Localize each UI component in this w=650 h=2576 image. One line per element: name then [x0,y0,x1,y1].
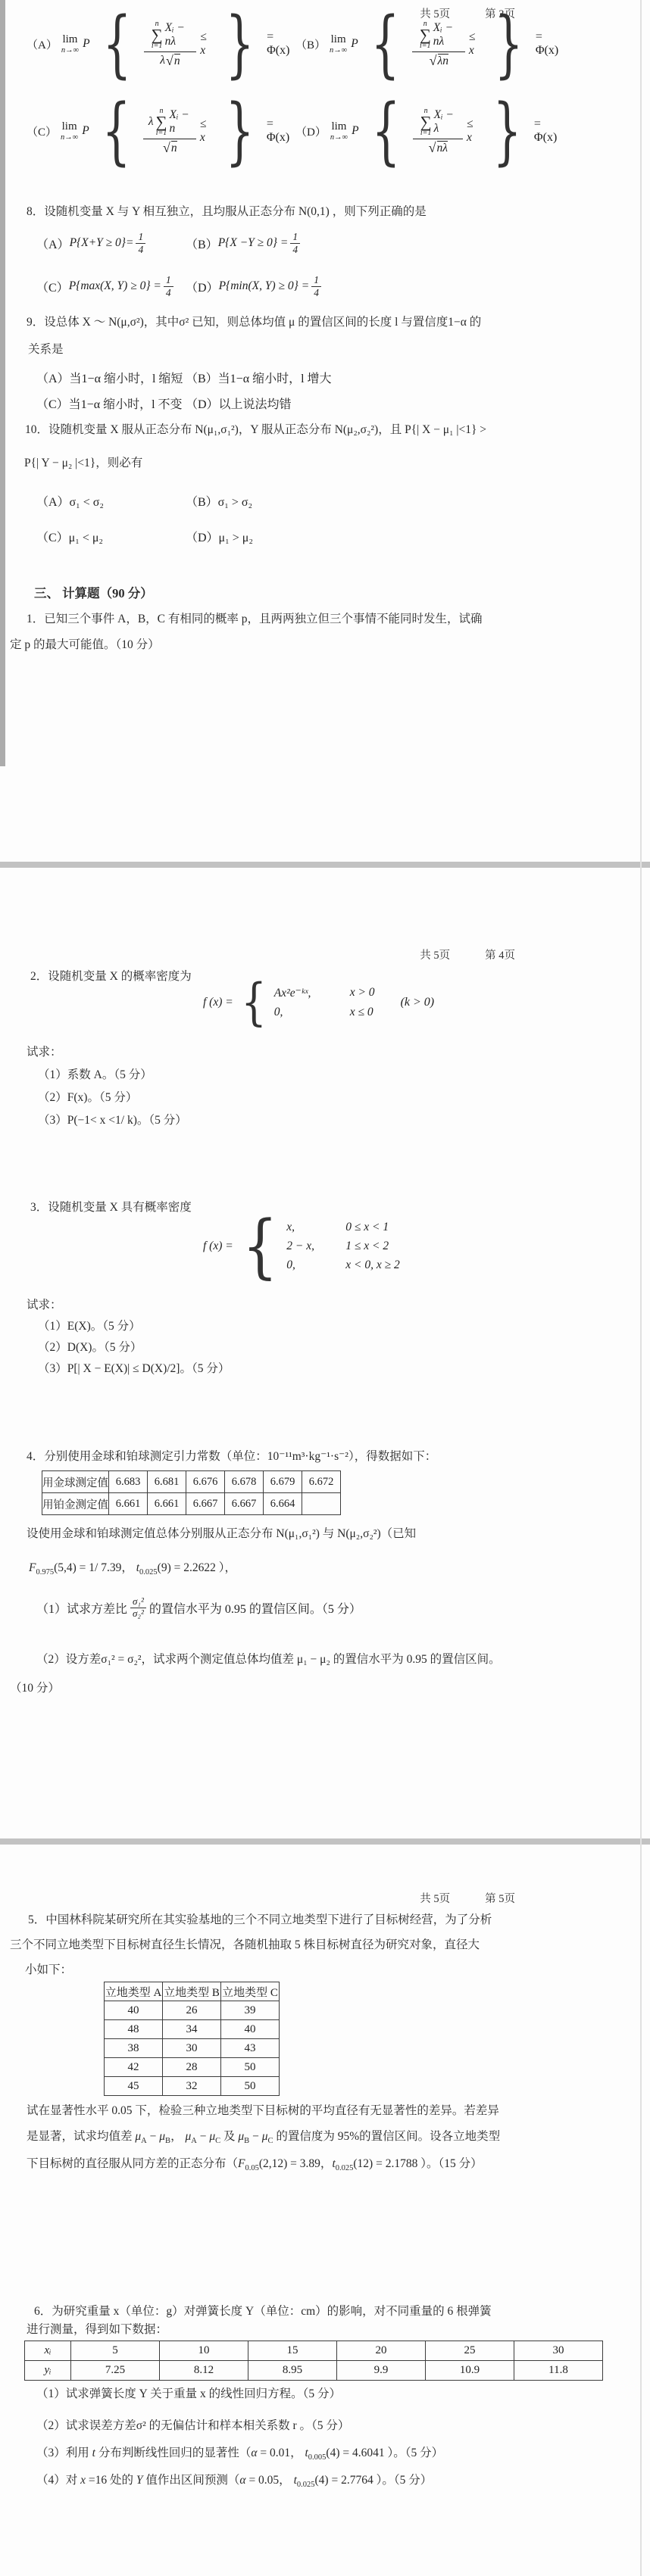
q7-options-row-2: （C） limn→∞ P { λ n∑i=1 Xᵢ − n √ n [27,108,564,155]
q2-ask: 试求： [27,1043,62,1061]
q3-part-3: （3）P[| X − E(X)| ≤ D(X)/2]。（5 分） [38,1360,230,1377]
table-row: 38 30 43 [105,2039,280,2058]
fraction: n∑i=1 Xᵢ − λ √ nλ [413,108,463,155]
page-5: 共 5页 第 5页 5．中国林科院某研究所在其实验基地的三个不同立地类型下进行了… [0,1845,650,2576]
q9-stem-line-2: 关系是 [28,341,64,358]
q7-options-row-1: （A） limn→∞ P { n∑i=1 Xᵢ − nλ λ √ n [27,20,564,68]
page-header: 共 5页 第 4页 [420,947,515,962]
fraction: 14 [311,274,321,298]
fraction: n∑i=1 Xᵢ − nλ λ √ n [144,20,197,68]
q2-piecewise-formula: f (x) = { Ax²e⁻ᵏˣ,x > 0 0,x ≤ 0 (k > 0) [203,986,434,1019]
row-label: 用铂金测定值 [42,1493,109,1515]
variance-ratio-fraction: σ₁²σ₂² [130,1596,146,1620]
q10-stem-line-1: 10．设随机变量 X 服从正态分布 N(μ₁,σ₁²)，Y 服从正态分布 N(μ… [25,421,486,438]
page-separator [0,862,650,868]
option-label: （D） [295,123,327,139]
q7-option-c: （C） limn→∞ P { λ n∑i=1 Xᵢ − n √ n [27,108,295,155]
table-row: 40 26 39 [105,2001,280,2020]
table-row: 用金球测定值 6.683 6.681 6.676 6.678 6.679 6.6… [42,1471,341,1493]
q2-stem: 2．设随机变量 X 的概率密度为 [30,968,192,985]
sqrt-sign: √ [163,141,170,154]
q9-option-d: （D）以上说法均错 [186,395,292,412]
q5-after-line-3: 下目标树的直径服从同方差的正态分布（F0.05(2,12) = 3.89，t0.… [27,2155,483,2172]
q8-option-b: （B）P{X −Y ≥ 0} = 14 [186,231,300,255]
q4-part-1: （1）试求方差比 σ₁²σ₂² 的置信水平为 0.95 的置信区间。（5 分） [36,1596,361,1620]
exam-document: 共 5页 第 3页 （A） limn→∞ P { n∑i=1 Xᵢ − nλ λ [0,0,650,2576]
row-label: 用金球测定值 [42,1471,109,1493]
sqrt-sign: √ [166,54,173,67]
q2-part-1: （1）系数 A。（5 分） [38,1066,152,1084]
q5-line-3: 小如下： [25,1961,72,1979]
q1-line-1: 1．已知三个事件 A，B，C 有相同的概率 p，且两两独立但三个事情不能同时发生… [27,610,483,628]
page-header: 共 5页 第 5页 [420,1890,515,1906]
table-row: xᵢ 5 10 15 20 25 30 [25,2341,603,2361]
header-total-pages: 共 5页 [420,947,450,962]
option-label: （A） [27,36,58,52]
fraction: 14 [164,274,173,298]
q4-given-values-line: F0.975(5,4) = 1/ 7.39， t0.025(9) = 2.262… [29,1559,236,1576]
q2-part-2: （2）F(x)。（5 分） [38,1089,137,1106]
q4-part-2-score: （10 分） [10,1679,60,1697]
q9-option-a: （A）当1−α 缩小时，l 缩短 [36,369,186,386]
q9-options-row-2: （C）当1−α 缩小时，l 不变 （D）以上说法均错 [36,395,597,412]
q4-measurement-table: 用金球测定值 6.683 6.681 6.676 6.678 6.679 6.6… [42,1470,341,1515]
q6-part-1: （1）试求弹簧长度 Y 关于重量 x 的线性回归方程。（5 分） [36,2385,341,2403]
q6-part-3: （3）利用 t 分布判断线性回归的显著性（α = 0.01， t0.005(4)… [36,2444,443,2462]
table-row: yᵢ 7.25 8.12 8.95 9.9 10.9 11.8 [25,2361,603,2381]
q6-line-1: 6．为研究重量 x（单位：g）对弹簧长度 Y（单位：cm）的影响，对不同重量的 … [34,2303,492,2320]
table-row: 48 34 40 [105,2020,280,2039]
q4-part-2: （2）设方差σ₁² = σ₂²，试求两个测定值总体均值差 μ₁ − μ₂ 的置信… [36,1651,501,1668]
q9-option-b: （B）当1−α 缩小时，l 增大 [186,369,332,386]
probability-symbol: P [82,124,89,138]
q10-option-a: （A）σ₁ < σ₂ [36,492,186,510]
table-row: 45 32 50 [105,2077,280,2096]
q5-line-1: 5．中国林科院某研究所在其实验基地的三个不同立地类型下进行了目标树经营，为了分析 [28,1911,492,1929]
summation: n∑i=1 [420,108,432,137]
probability-symbol: P [83,37,89,51]
table-row: 用铂金测定值 6.661 6.661 6.667 6.667 6.664 [42,1493,341,1515]
probability-symbol: P [352,124,358,138]
q5-after-line-2: 是显著，试求均值差 μA − μB， μA − μC 及 μB − μC 的置信… [27,2128,500,2145]
header-total-pages: 共 5页 [420,1890,450,1906]
fraction: n∑i=1 Xᵢ − nλ √ λn [412,20,465,68]
q7-option-a: （A） limn→∞ P { n∑i=1 Xᵢ − nλ λ √ n [27,20,295,68]
option-label: （C） [27,123,57,139]
page-4: 共 5页 第 4页 2．设随机变量 X 的概率密度为 f (x) = { Ax²… [0,868,650,1838]
q7-option-b: （B） limn→∞ P { n∑i=1 Xᵢ − nλ √ λn [295,20,564,68]
q6-line-2: 进行测量，得到如下数据： [27,2321,167,2338]
q6-part-4: （4）对 x =16 处的 Y 值作出区间预测（α = 0.05， t0.025… [36,2472,432,2489]
q6-spring-data-table: xᵢ 5 10 15 20 25 30 yᵢ 7.25 8.12 8.95 9.… [24,2341,603,2381]
table-header-row: 立地类型 A 立地类型 B 立地类型 C [105,1982,280,2001]
row-label: yᵢ [25,2361,71,2381]
page-separator [0,1838,650,1845]
q3-stem: 3．设随机变量 X 具有概率密度 [30,1199,192,1216]
header-page-number: 第 5页 [485,1890,515,1906]
q8-option-a: （A）P{X+Y ≥ 0}= 14 [36,231,186,255]
q3-part-1: （1）E(X)。（5 分） [38,1318,141,1335]
q8-options-row-2: （C）P{max(X, Y) ≥ 0} = 14 （D）P{min(X, Y) … [36,274,597,298]
scan-edge-shadow [0,0,5,766]
q10-option-d: （D）μ₁ > μ₂ [186,528,253,545]
q9-option-c: （C）当1−α 缩小时，l 不变 [36,395,186,412]
q10-stem-line-2: P{| Y − μ₂ |<1}，则必有 [24,454,142,472]
q5-site-type-table: 立地类型 A 立地类型 B 立地类型 C 40 26 39 48 34 40 3… [104,1982,280,2096]
q9-options-row-1: （A）当1−α 缩小时，l 缩短 （B）当1−α 缩小时，l 增大 [36,369,597,386]
limit-operator: limn→∞ [61,34,79,55]
summation: n∑i=1 [152,20,163,50]
q8-options-row-1: （A）P{X+Y ≥ 0}= 14 （B）P{X −Y ≥ 0} = 14 [36,231,597,255]
q8-option-d: （D）P{min(X, Y) ≥ 0} = 14 [186,274,321,298]
sqrt-sign: √ [430,54,437,67]
q7-option-d: （D） limn→∞ P { n∑i=1 Xᵢ − λ √ nλ [295,108,564,155]
summation: n∑i=1 [156,108,167,137]
probability-symbol: P [351,37,358,51]
limit-operator: limn→∞ [330,121,348,142]
q9-stem-line-1: 9．设总体 X ～ N(μ,σ²)，其中σ² 已知，则总体均值 μ 的置信区间的… [27,313,481,331]
q8-option-c: （C）P{max(X, Y) ≥ 0} = 14 [36,274,186,298]
fraction: λ n∑i=1 Xᵢ − n √ n [143,108,196,155]
row-label: xᵢ [25,2341,71,2361]
fraction: 14 [136,231,145,255]
q5-after-line-1: 试在显著性水平 0.05 下，检验三种立地类型下目标树的平均直径有无显著性的差异… [27,2102,499,2119]
q5-line-2: 三个不同立地类型下目标树直径生长情况，各随机抽取 5 株目标树直径为研究对象，直… [10,1936,480,1954]
q10-option-b: （B）σ₁ > σ₂ [186,492,252,510]
limit-operator: limn→∞ [61,121,78,142]
q10-option-c: （C）μ₁ < μ₂ [36,528,186,545]
option-label: （B） [295,36,326,52]
q3-piecewise-formula: f (x) = { x,0 ≤ x < 1 2 − x,1 ≤ x < 2 0,… [203,1221,400,1272]
summation: n∑i=1 [420,20,431,50]
q1-line-2: 定 p 的最大可能值。（10 分） [10,636,160,653]
q6-part-2: （2）试求误差方差σ² 的无偏估计和样本相关系数 r 。（5 分） [36,2417,349,2434]
page-3: 共 5页 第 3页 （A） limn→∞ P { n∑i=1 Xᵢ − nλ λ [0,0,650,862]
limit-operator: limn→∞ [330,34,347,55]
sqrt-sign: √ [429,141,436,154]
section-3-title: 三、 计算题（90 分） [34,585,153,602]
q3-ask: 试求： [27,1296,62,1314]
q10-options-row-1: （A）σ₁ < σ₂ （B）σ₁ > σ₂ [36,492,597,510]
q8-stem: 8．设随机变量 X 与 Y 相互独立，且均服从正态分布 N(0,1) ，则下列正… [27,203,427,220]
table-row: 42 28 50 [105,2058,280,2077]
header-total-pages: 共 5页 [420,5,450,21]
fraction: 14 [290,231,300,255]
q4-assumption-line: 设使用金球和铂球测定值总体分别服从正态分布 N(μ₁,σ₁²) 与 N(μ₂,σ… [27,1525,416,1542]
q10-options-row-2: （C）μ₁ < μ₂ （D）μ₁ > μ₂ [36,528,597,545]
header-page-number: 第 4页 [485,947,515,962]
q3-part-2: （2）D(X)。（5 分） [38,1339,142,1356]
q2-part-3: （3）P(−1< x <1/ k)。（5 分） [38,1112,187,1129]
q4-stem: 4．分别使用金球和铂球测定引力常数（单位：10⁻¹¹m³·kg⁻¹·s⁻²），得… [27,1448,436,1465]
